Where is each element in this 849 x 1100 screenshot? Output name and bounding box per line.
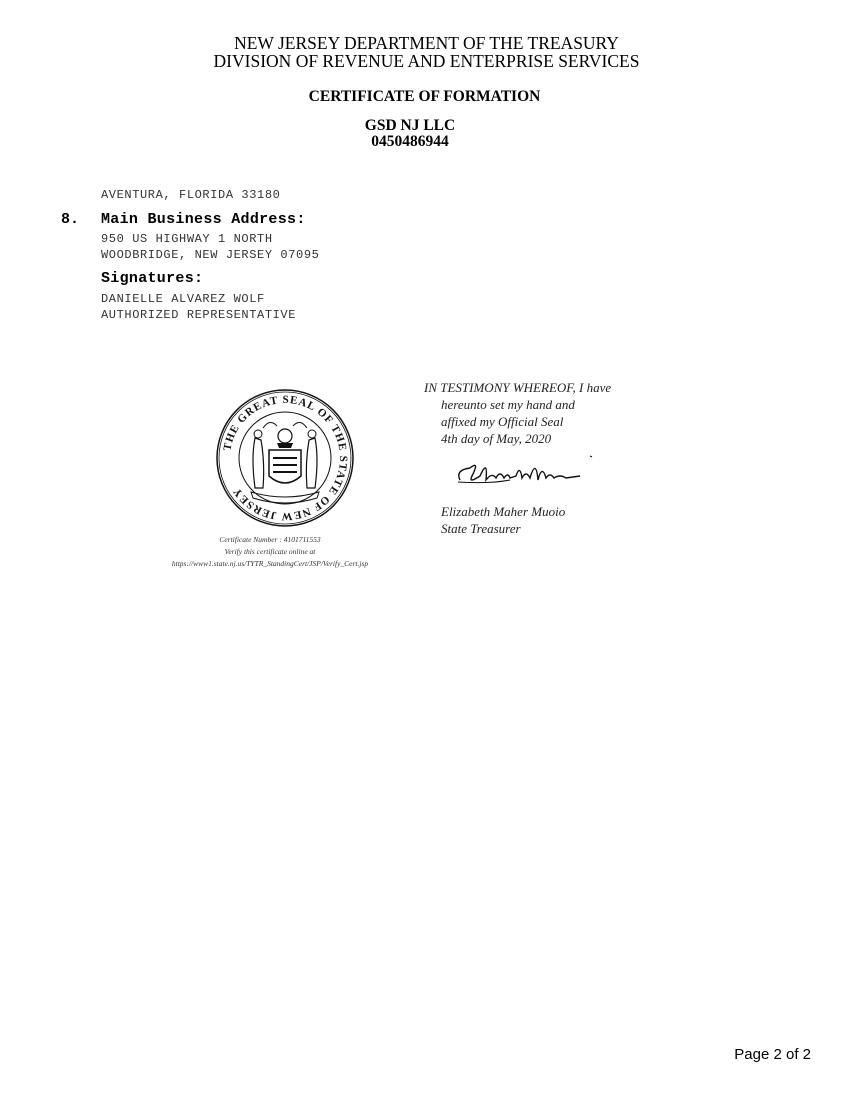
testimony-date: 4th day of May, 2020	[441, 430, 551, 447]
address-line-1: 950 US HIGHWAY 1 NORTH	[101, 232, 273, 246]
testimony-line-2: hereunto set my hand and	[441, 396, 575, 413]
testimony-line-3: affixed my Official Seal	[441, 413, 563, 430]
entity-number: 0450486944	[0, 133, 820, 150]
state-seal-icon: THE GREAT SEAL OF THE STATE OF NEW JERSE…	[215, 388, 355, 528]
signer-role: AUTHORIZED REPRESENTATIVE	[101, 308, 296, 322]
treasurer-name: Elizabeth Maher Muoio	[441, 503, 565, 520]
treasurer-signature-icon	[450, 450, 600, 490]
main-business-address-label: Main Business Address:	[101, 211, 306, 228]
certificate-number: Certificate Number : 4101711553	[120, 535, 420, 544]
certificate-title: CERTIFICATE OF FORMATION	[0, 88, 849, 106]
signer-name: DANIELLE ALVAREZ WOLF	[101, 292, 265, 306]
page-number: Page 2 of 2	[734, 1046, 811, 1063]
treasurer-title: State Treasurer	[441, 520, 521, 537]
verify-url[interactable]: https://www1.state.nj.us/TYTR_StandingCe…	[95, 559, 445, 568]
section-number: 8.	[61, 211, 79, 228]
verify-instruction: Verify this certificate online at	[120, 547, 420, 556]
address-line-2: WOODBRIDGE, NEW JERSEY 07095	[101, 248, 319, 262]
prior-address-line: AVENTURA, FLORIDA 33180	[101, 188, 280, 202]
entity-name: GSD NJ LLC	[0, 117, 820, 134]
division-heading: DIVISION OF REVENUE AND ENTERPRISE SERVI…	[2, 52, 849, 71]
signatures-label: Signatures:	[101, 270, 203, 287]
testimony-line-1: IN TESTIMONY WHEREOF, I have	[424, 379, 611, 396]
